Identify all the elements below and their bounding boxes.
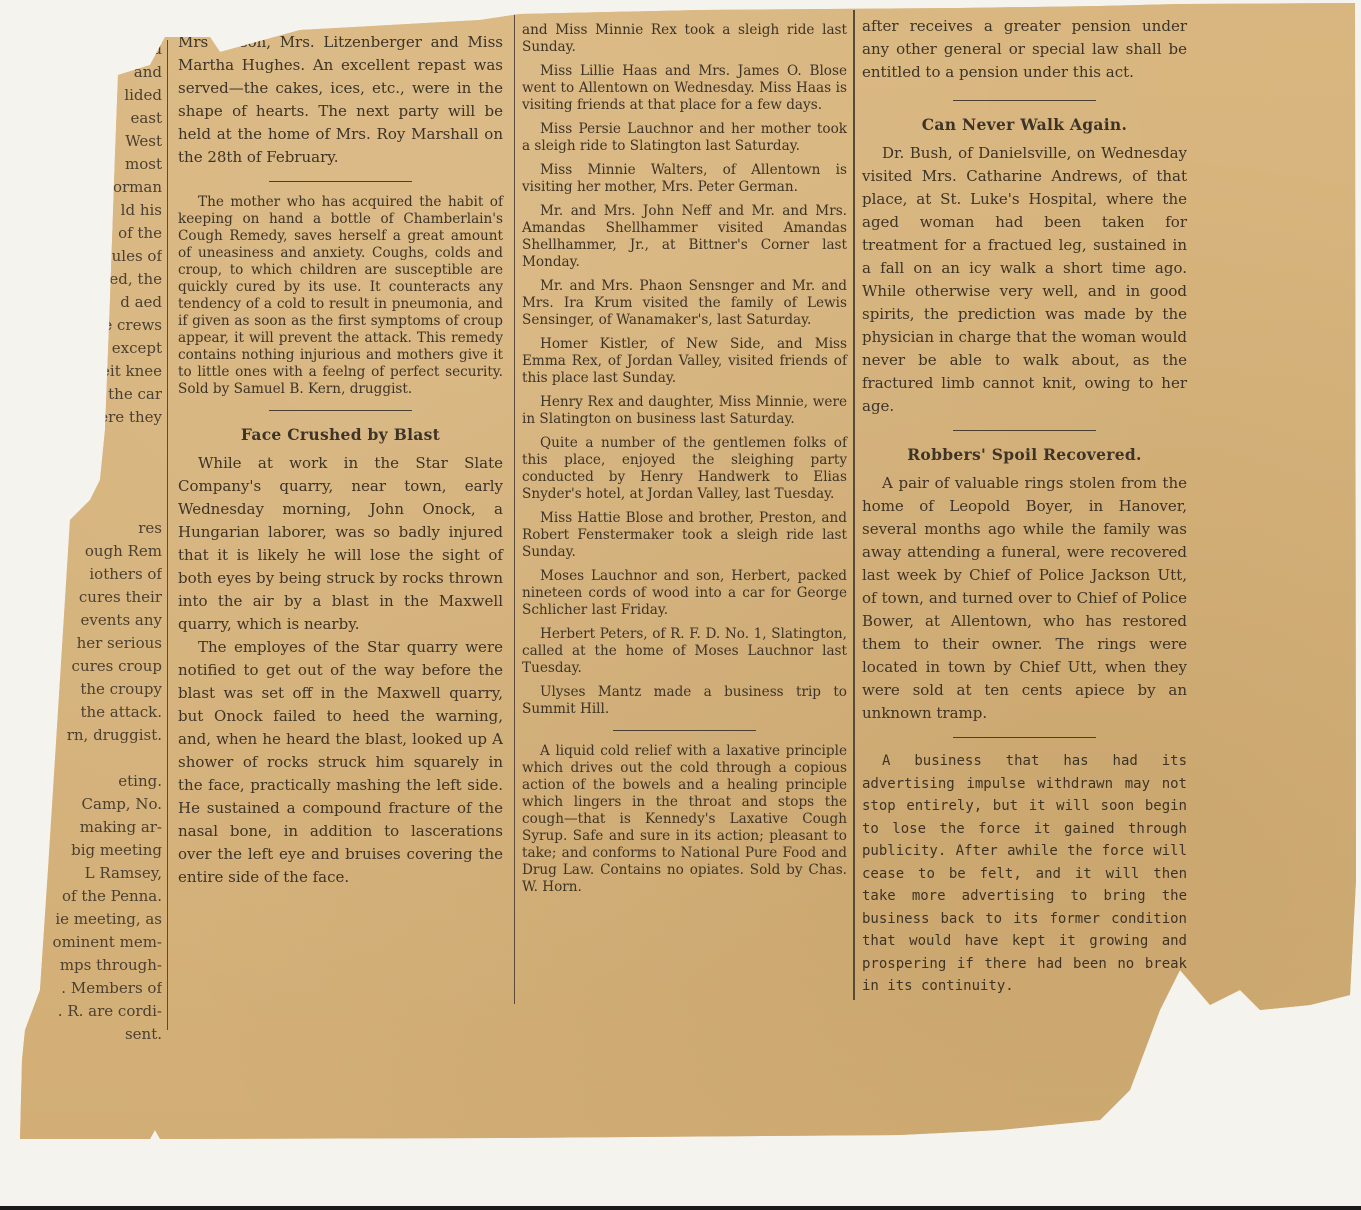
walk-headline: Can Never Walk Again. [862,113,1187,136]
blast-paragraph-2: The employes of the Star quarry were not… [178,636,503,889]
local-news-item: Miss Persie Lauchnor and her mother took… [522,121,847,155]
fragment-line: events any [40,609,162,632]
column-b: and Miss Minnie Rex took a sleigh ride l… [522,22,847,903]
fragment-line: . R. are cordi- [40,1000,162,1023]
fragment-line: leit knee [40,360,162,383]
party-paragraph: Mrs ... son, Mrs. Litzenberger and Miss … [178,31,503,169]
divider-rule [613,730,756,731]
blast-paragraph-1: While at work in the Star Slate Company'… [178,452,503,636]
fragment-line: o the car [40,383,162,406]
fragment-line: ules of [40,245,162,268]
fragment-line: ie meeting, as [40,908,162,931]
chamberlain-ad: The mother who has acquired the habit of… [178,194,503,398]
local-news-item: Mr. and Mrs. John Neff and Mr. and Mrs. … [522,203,847,271]
divider-rule [953,100,1096,101]
fragment-line: her serious [40,632,162,655]
fragment-line: most [40,153,162,176]
column-a: Mrs ... son, Mrs. Litzenberger and Miss … [178,31,503,889]
fragment-line: iothers of [40,563,162,586]
column-divider [514,14,515,1004]
fragment-line [40,747,162,770]
fragment-line: ough Rem [40,540,162,563]
fragment-line: big meeting [40,839,162,862]
column-c: after receives a greater pension under a… [862,15,1187,998]
walk-body: Dr. Bush, of Danielsville, on Wednesday … [862,142,1187,418]
local-news-item: Herbert Peters, of R. F. D. No. 1, Slati… [522,626,847,677]
local-news-item: Miss Hattie Blose and brother, Preston, … [522,510,847,561]
fragment-line: res [40,517,162,540]
local-news-item: Miss Minnie Walters, of Allentown is vis… [522,162,847,196]
fragment-line: ld his [40,199,162,222]
fragment-line: orman [40,176,162,199]
local-news-item: and Miss Minnie Rex took a sleigh ride l… [522,22,847,56]
local-news-item: Homer Kistler, of New Side, and Miss Emm… [522,336,847,387]
robbers-headline: Robbers' Spoil Recovered. [862,443,1187,466]
blast-headline: Face Crushed by Blast [178,423,503,446]
fragment-line: cures croup [40,655,162,678]
local-news-item: Henry Rex and daughter, Miss Minnie, wer… [522,394,847,428]
fragment-line: of the [40,222,162,245]
left-fragment-top: dandlidedeastWestmostormanld hisof theul… [40,38,162,429]
fragment-line: sent. [40,1023,162,1046]
fragment-line: ied, the [40,268,162,291]
fragment-line: . Members of [40,977,162,1000]
fragment-line: rn, druggist. [40,724,162,747]
business-ad: A business that has had its advertising … [862,750,1187,998]
fragment-line: West [40,130,162,153]
divider-rule [269,410,412,411]
fragment-line: Camp, No. [40,793,162,816]
fragment-line: east [40,107,162,130]
scan-edge [0,1206,1361,1210]
fragment-line: , except [40,337,162,360]
newspaper-clipping: dandlidedeastWestmostormanld hisof theul… [0,0,1361,1210]
fragment-line: and [40,61,162,84]
fragment-line: mps through- [40,954,162,977]
divider-rule [269,181,412,182]
fragment-line: L Ramsey, [40,862,162,885]
fragment-line: here they [40,406,162,429]
column-divider [167,40,168,1030]
local-news-item: Ulyses Mantz made a business trip to Sum… [522,684,847,718]
fragment-line: d [40,38,162,61]
kennedy-ad: A liquid cold relief with a laxative pri… [522,743,847,896]
pension-paragraph-end: after receives a greater pension under a… [862,15,1187,84]
fragment-line: cures their [40,586,162,609]
divider-rule [953,737,1096,738]
local-news-item: Quite a number of the gentlemen folks of… [522,435,847,503]
left-fragment-bottom: resough Remiothers ofcures theirevents a… [40,517,162,1046]
fragment-line: making ar- [40,816,162,839]
fragment-line: the croupy [40,678,162,701]
fragment-line: lided [40,84,162,107]
fragment-line: d aed [40,291,162,314]
robbers-body: A pair of valuable rings stolen from the… [862,472,1187,725]
local-news-item: Moses Lauchnor and son, Herbert, packed … [522,568,847,619]
fragment-line: ominent mem- [40,931,162,954]
fragment-line: the attack. [40,701,162,724]
fragment-line: e crews [40,314,162,337]
fragment-line: of the Penna. [40,885,162,908]
column-divider [853,10,855,1000]
local-news-item: Mr. and Mrs. Phaon Sensnger and Mr. and … [522,278,847,329]
local-news-item: Miss Lillie Haas and Mrs. James O. Blose… [522,63,847,114]
fragment-line: eting. [40,770,162,793]
divider-rule [953,430,1096,431]
